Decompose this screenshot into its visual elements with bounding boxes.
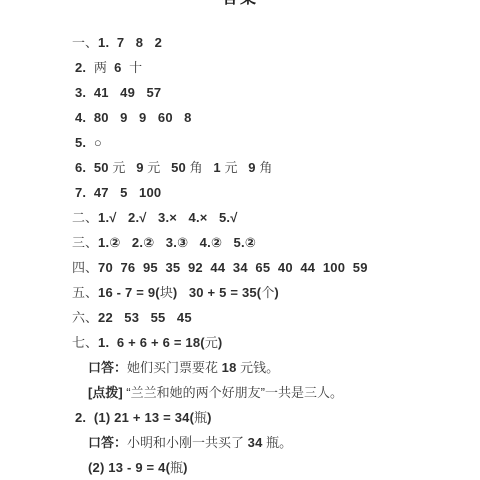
text-segment: 七、: [72, 335, 98, 350]
text-segment: ): [183, 460, 188, 475]
text-segment: 口答：: [88, 435, 127, 450]
text-segment: 三、: [72, 235, 98, 250]
answer-line: 二、1.√ 2.√ 3.× 4.× 5.√: [0, 205, 480, 230]
answer-line: 6. 50 元 9 元 50 角 1 元 9 角: [0, 155, 480, 180]
text-segment: ): [207, 410, 212, 425]
text-segment: 一、: [72, 35, 98, 50]
text-segment: 瓶: [170, 460, 183, 475]
text-segment: 小明和小刚一共买了: [127, 435, 248, 450]
answer-line: 五、16 - 7 = 9(块) 30 + 5 = 35(个): [0, 280, 480, 305]
answer-line: 7. 47 5 100: [0, 180, 480, 205]
page: { "page": { "background_color": "#ffffff…: [0, 0, 480, 480]
text-segment: 7. 47 5 100: [75, 185, 161, 200]
text-segment: 1.√ 2.√ 3.× 4.× 5.√: [98, 210, 238, 225]
text-segment: 1. 7 8 2: [98, 35, 162, 50]
text-segment: 6: [114, 60, 129, 75]
answer-line: [点拨] “兰兰和她的两个好朋友”一共是三人。: [0, 380, 480, 405]
text-segment: 十: [129, 60, 142, 75]
text-segment: 70 76 95 35 92 44 34 65 40 44 100 59: [98, 260, 368, 275]
text-segment: 角: [256, 160, 273, 175]
answer-line: 七、1. 6 + 6 + 6 = 18(元): [0, 330, 480, 355]
text-segment: 2. (1) 21 + 13 = 34(: [75, 410, 194, 425]
text-segment: ○: [94, 135, 102, 150]
text-segment: 四、: [72, 260, 98, 275]
text-segment: ): [274, 285, 279, 300]
text-segment: 50: [171, 160, 186, 175]
text-segment: 22 53 55 45: [98, 310, 192, 325]
text-segment: 1: [213, 160, 220, 175]
text-segment: [点拨]: [88, 385, 123, 400]
text-segment: 18: [222, 360, 237, 375]
text-segment: 瓶。: [263, 435, 293, 450]
text-segment: 口答：: [88, 360, 127, 375]
answer-line: 三、1.② 2.② 3.③ 4.② 5.②: [0, 230, 480, 255]
text-segment: 元钱。: [237, 360, 280, 375]
page-title: 答案: [0, 0, 480, 7]
text-segment: (2) 13 - 9 = 4(: [88, 460, 170, 475]
answer-line: 2. 两 6 十: [0, 55, 480, 80]
text-segment: “兰兰和她的两个好朋友”一共是三人。: [123, 385, 343, 400]
answer-line: (2) 13 - 9 = 4(瓶): [0, 455, 480, 480]
text-segment: 2.: [75, 60, 94, 75]
text-segment: 元: [144, 160, 171, 175]
text-segment: 元: [109, 160, 136, 175]
text-segment: 元: [221, 160, 248, 175]
text-segment: 1. 6 + 6 + 6 = 18(: [98, 335, 205, 350]
answer-line: 4. 80 9 9 60 8: [0, 105, 480, 130]
answer-line: 四、70 76 95 35 92 44 34 65 40 44 100 59: [0, 255, 480, 280]
answer-line: 一、1. 7 8 2: [0, 30, 480, 55]
text-segment: 9: [136, 160, 143, 175]
answer-lines: 一、1. 7 8 22. 两 6 十3. 41 49 574. 80 9 9 6…: [0, 30, 480, 480]
text-segment: 16 - 7 = 9(: [98, 285, 160, 300]
text-segment: 她们买门票要花: [127, 360, 222, 375]
text-segment: 34: [248, 435, 263, 450]
text-segment: 两: [94, 60, 114, 75]
text-segment: 五、: [72, 285, 98, 300]
text-segment: 9: [248, 160, 255, 175]
text-segment: ) 30 + 5 = 35(: [173, 285, 261, 300]
answer-line: 2. (1) 21 + 13 = 34(瓶): [0, 405, 480, 430]
text-segment: 个: [261, 285, 274, 300]
text-segment: 角: [186, 160, 213, 175]
text-segment: 4. 80 9 9 60 8: [75, 110, 192, 125]
text-segment: 6. 50: [75, 160, 109, 175]
text-segment: 块: [160, 285, 173, 300]
text-segment: ): [218, 335, 223, 350]
text-segment: 二、: [72, 210, 98, 225]
answer-line: 口答：她们买门票要花 18 元钱。: [0, 355, 480, 380]
text-segment: 六、: [72, 310, 98, 325]
answer-page: 答案 一、1. 7 8 22. 两 6 十3. 41 49 574. 80 9 …: [0, 0, 480, 480]
text-segment: 5.: [75, 135, 94, 150]
text-segment: 瓶: [194, 410, 207, 425]
text-segment: 3. 41 49 57: [75, 85, 161, 100]
answer-line: 5. ○: [0, 130, 480, 155]
answer-line: 六、22 53 55 45: [0, 305, 480, 330]
answer-line: 3. 41 49 57: [0, 80, 480, 105]
text-segment: 1.② 2.② 3.③ 4.② 5.②: [98, 235, 256, 250]
answer-line: 口答：小明和小刚一共买了 34 瓶。: [0, 430, 480, 455]
text-segment: 元: [205, 335, 218, 350]
